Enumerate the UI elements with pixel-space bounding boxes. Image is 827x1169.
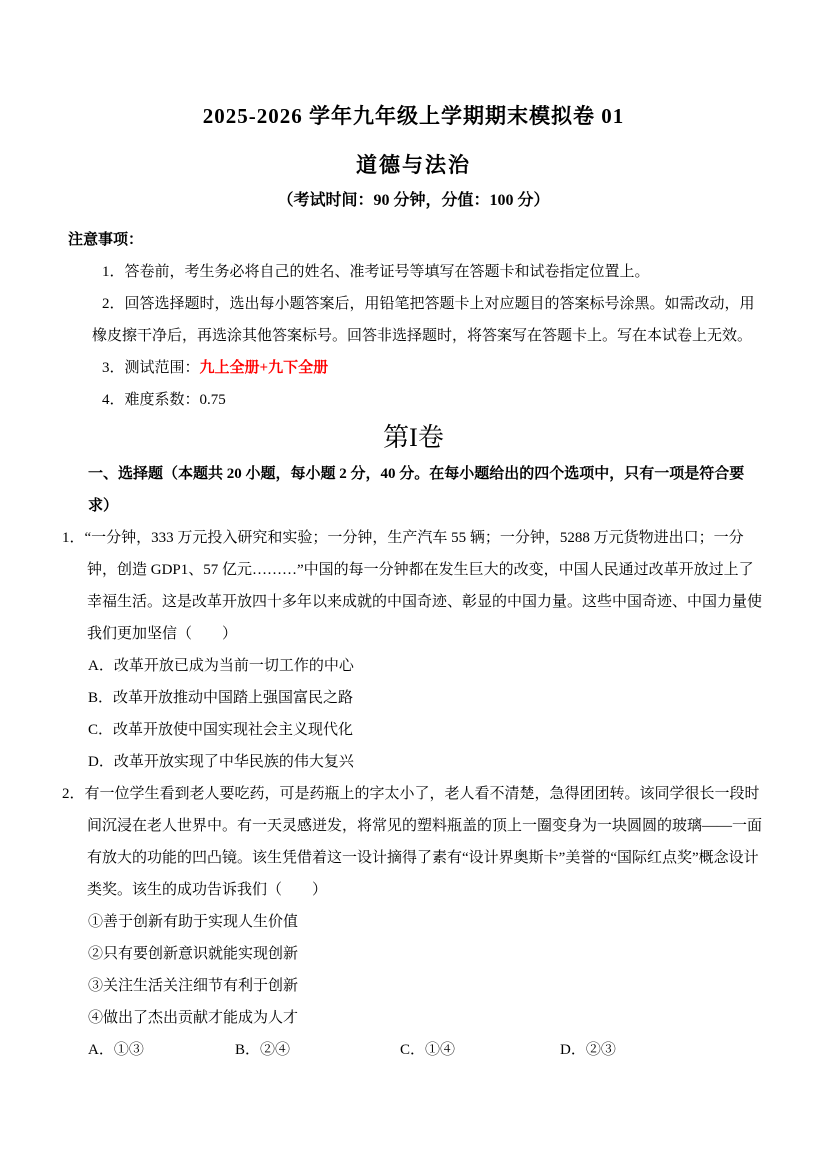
question-1-option-c: C．改革开放使中国实现社会主义现代化 xyxy=(88,714,765,746)
question-2-option-c: C．①④ xyxy=(400,1034,560,1066)
part1-heading: 第I卷 xyxy=(62,418,765,458)
exam-info: （考试时间：90 分钟，分值：100 分） xyxy=(0,188,827,214)
question-1: 1．“一分钟，333 万元投入研究和实验；一分钟，生产汽车 55 辆；一分钟，5… xyxy=(62,522,765,778)
question-2-options-row: A．①③ B．②④ C．①④ D．②③ xyxy=(88,1034,765,1066)
question-2-statement-1: ①善于创新有助于实现人生价值 xyxy=(88,906,765,938)
notice-item-2: 2．回答选择题时，选出每小题答案后，用铅笔把答题卡上对应题目的答案标号涂黑。如需… xyxy=(92,288,765,352)
question-2-statement-2: ②只有要创新意识就能实现创新 xyxy=(88,938,765,970)
question-1-option-d: D．改革开放实现了中华民族的伟大复兴 xyxy=(88,746,765,778)
question-2-statement-4: ④做出了杰出贡献才能成为人才 xyxy=(88,1002,765,1034)
section1-title: 一、选择题（本题共 20 小题，每小题 2 分，40 分。在每小题给出的四个选项… xyxy=(88,458,765,522)
paper-title: 2025-2026 学年九年级上学期期末模拟卷 01 xyxy=(0,0,827,131)
question-2-option-a: A．①③ xyxy=(88,1034,235,1066)
question-2-option-b: B．②④ xyxy=(235,1034,400,1066)
question-2-statement-3: ③关注生活关注细节有利于创新 xyxy=(88,970,765,1002)
question-1-stem: 1．“一分钟，333 万元投入研究和实验；一分钟，生产汽车 55 辆；一分钟，5… xyxy=(62,522,765,650)
question-2-stem: 2．有一位学生看到老人要吃药，可是药瓶上的字太小了，老人看不清楚，急得团团转。该… xyxy=(62,778,765,906)
question-2-option-d: D．②③ xyxy=(560,1034,616,1066)
exam-paper-page: 2025-2026 学年九年级上学期期末模拟卷 01 道德与法治 （考试时间：9… xyxy=(0,0,827,1169)
notice-item-1: 1．答卷前，考生务必将自己的姓名、准考证号等填写在答题卡和试卷指定位置上。 xyxy=(92,256,765,288)
notice-item-4: 4．难度系数：0.75 xyxy=(92,384,765,416)
question-1-option-b: B．改革开放推动中国踏上强国富民之路 xyxy=(88,682,765,714)
question-2: 2．有一位学生看到老人要吃药，可是药瓶上的字太小了，老人看不清楚，急得团团转。该… xyxy=(62,778,765,1066)
test-scope-highlight: 九上全册+九下全册 xyxy=(200,360,329,376)
notice-item-3: 3．测试范围：九上全册+九下全册 xyxy=(92,352,765,384)
notice-heading: 注意事项： xyxy=(62,224,765,256)
question-1-option-a: A．改革开放已成为当前一切工作的中心 xyxy=(88,650,765,682)
paper-body: 注意事项： 1．答卷前，考生务必将自己的姓名、准考证号等填写在答题卡和试卷指定位… xyxy=(0,224,827,1066)
subject-title: 道德与法治 xyxy=(0,150,827,180)
test-scope-label: 3．测试范围： xyxy=(102,360,200,376)
